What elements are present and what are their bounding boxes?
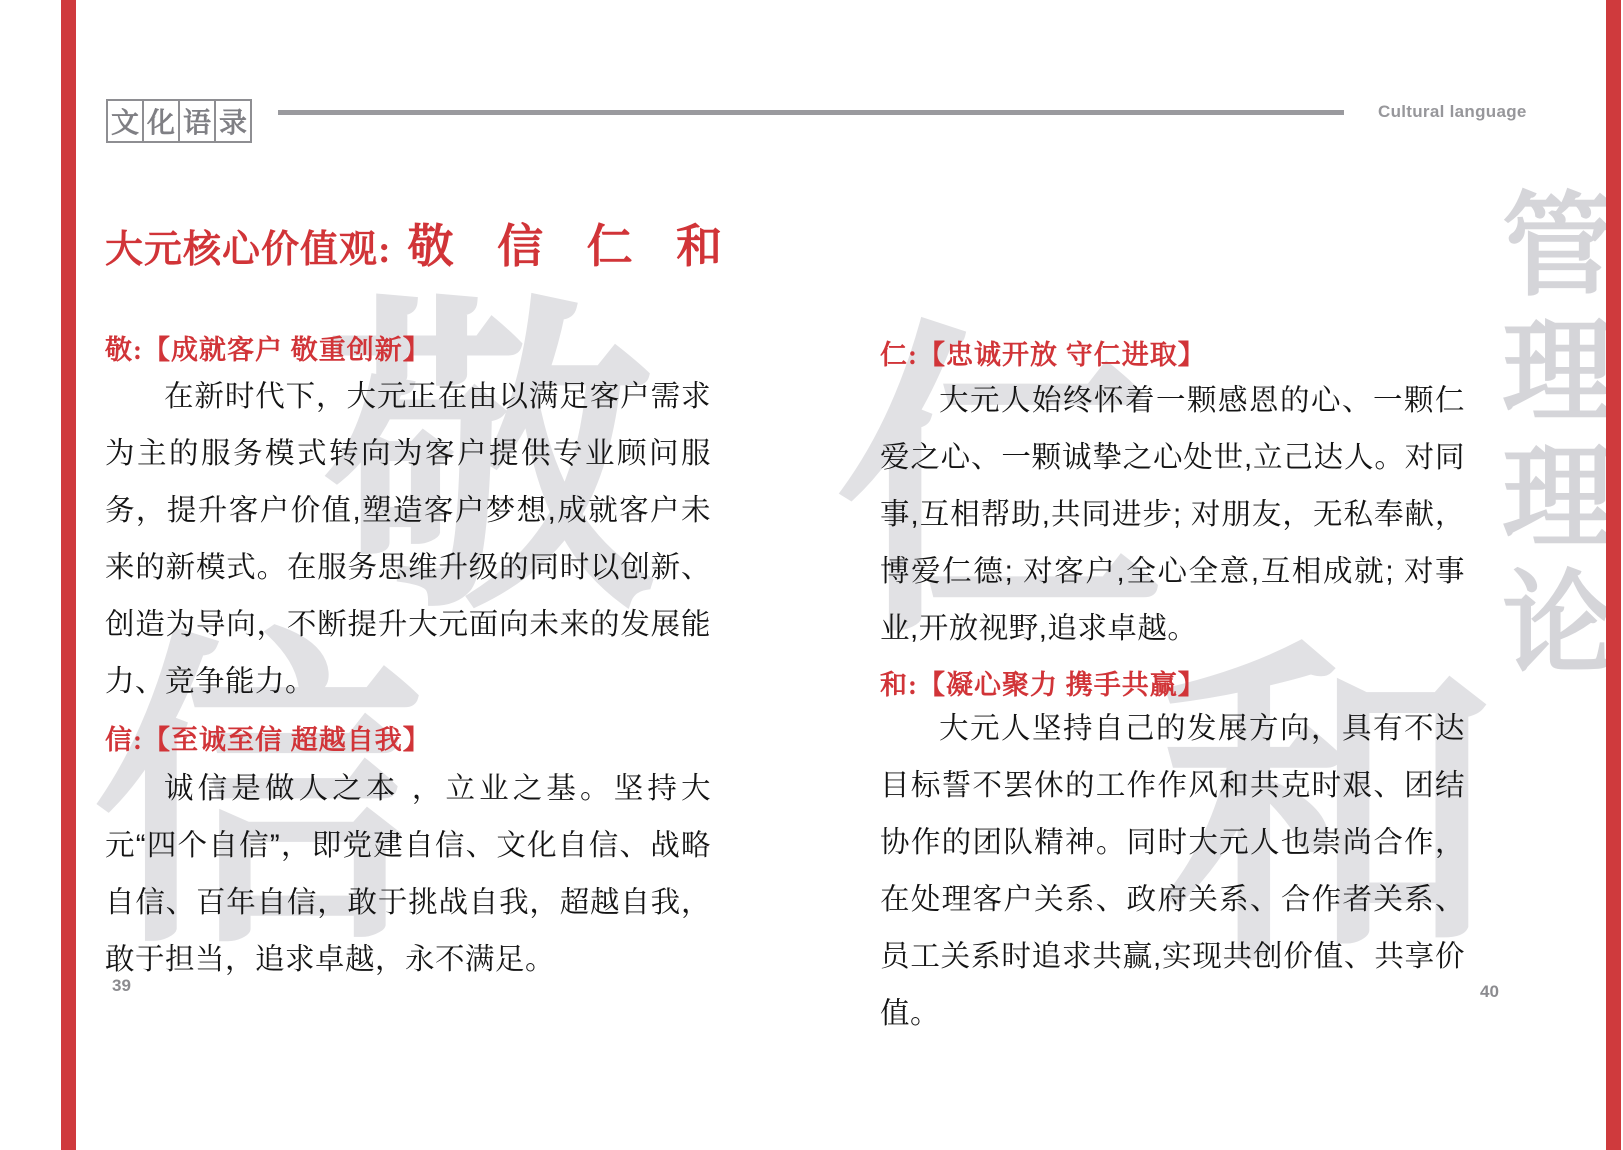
logo-char: 录 xyxy=(214,99,252,143)
section-heading-xin: 信:【至诚至信 超越自我】 xyxy=(105,718,431,757)
section-body-he: 大元人坚持自己的发展方向，具有不达目标誓不罢休的工作作风和共克时艰、团结协作的团… xyxy=(880,700,1465,990)
right-spine-bar xyxy=(1606,0,1621,1150)
cultural-quotes-logo: 文 化 语 录 xyxy=(108,99,252,143)
page-title: 大元核心价值观:敬 信 仁 和 xyxy=(105,210,738,276)
header-rule xyxy=(278,110,1344,115)
logo-char: 文 xyxy=(106,99,144,143)
page-title-prefix: 大元核心价值观: xyxy=(105,229,392,271)
logo-char: 语 xyxy=(178,99,216,143)
header-english-label: Cultural language xyxy=(1378,102,1558,122)
side-vertical-label: 管理理论 xyxy=(1488,186,1606,746)
section-body-ren: 大元人始终怀着一颗感恩的心、一颗仁爱之心、一颗诚挚之心处世,立己达人。对同事,互… xyxy=(880,372,1465,607)
section-heading-jing: 敬:【成就客户 敬重创新】 xyxy=(105,328,431,367)
page-spread: 敬 信 仁 和 管理理论 文 化 语 录 Cultural language 大… xyxy=(0,0,1623,1150)
page-number-right: 40 xyxy=(1480,982,1499,1002)
section-body-xin: 诚信是做人之本 ，立业之基。坚持大元“四个自信”，即党建自信、文化自信、战略自信… xyxy=(105,760,711,995)
page-title-values: 敬 信 仁 和 xyxy=(408,221,739,272)
section-body-jing: 在新时代下，大元正在由以满足客户需求为主的服务模式转向为客户提供专业顾问服务，提… xyxy=(105,368,711,658)
page-number-left: 39 xyxy=(112,976,131,996)
left-spine-bar xyxy=(61,0,76,1150)
section-heading-ren: 仁:【忠诚开放 守仁进取】 xyxy=(880,333,1206,372)
section-heading-he: 和:【凝心聚力 携手共赢】 xyxy=(880,663,1206,702)
logo-char: 化 xyxy=(142,99,180,143)
